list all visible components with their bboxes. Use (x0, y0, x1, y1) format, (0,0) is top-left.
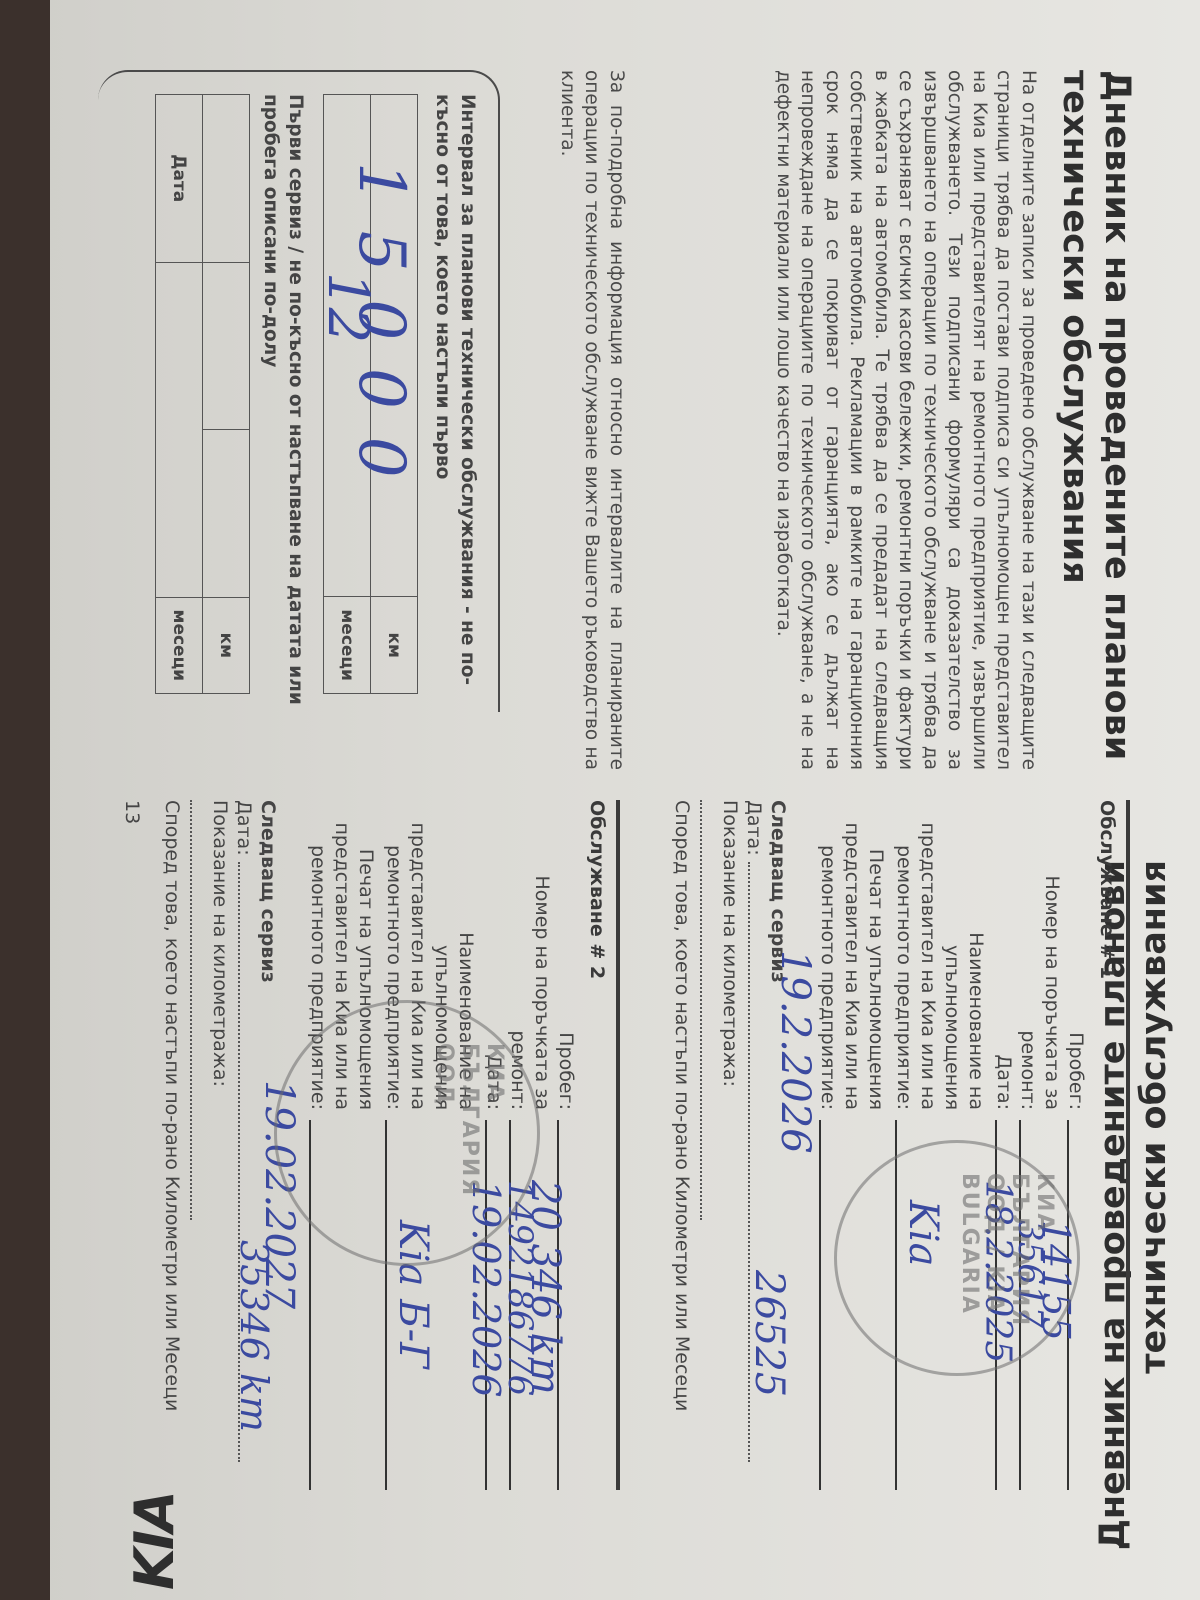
next-service-note: Според това, което настъпи по-рано Килом… (160, 800, 184, 1490)
table-background (0, 0, 50, 1600)
service-interval-box: Интервал за планови технически обслужван… (98, 70, 500, 712)
handwritten-next-km-2: 35346 km (232, 1240, 276, 1432)
first-service-months-cell[interactable] (203, 430, 250, 598)
title-line-1: Дневник на проведените планови (1096, 70, 1138, 790)
divider (616, 800, 620, 1490)
info-paragraph: За по-подробна информация относно интерв… (555, 70, 629, 770)
first-service-months-label: месеци (156, 597, 203, 693)
service-1-mileage-field[interactable]: Пробег: (1064, 800, 1088, 1490)
intro-paragraph: На отделните записи за проведено обслужв… (771, 70, 1041, 770)
dealer-stamp-2: КИА БЪЛГАРИЯ ООД (274, 1000, 540, 1266)
service-1-order-field[interactable]: Номер на поръчката за ремонт: (1016, 800, 1064, 1490)
title-line-2: технически обслужвания (1054, 70, 1096, 790)
handwritten-next-km-1: 26525 (746, 1270, 792, 1397)
page-number: 13 (120, 800, 144, 824)
next-service-km-field[interactable]: Показание на километража: (184, 800, 232, 1490)
handwritten-next-date-1: 19.2.2026 (772, 950, 818, 1154)
service-1-form: Обслужване # 1 Пробег: Номер на поръчкат… (670, 800, 1130, 1490)
page-title: Дневник на проведените планови техническ… (1054, 70, 1138, 790)
months-label: месеци (324, 597, 371, 694)
kia-logo: KIA (130, 1480, 180, 1590)
handwritten-interval-months: 12 (315, 272, 380, 343)
first-service-date-label: Дата (156, 95, 203, 263)
first-service-blank[interactable] (156, 262, 203, 597)
service-2-heading: Обслужване # 2 (586, 800, 608, 1490)
booklet-page-spread: Дневник на проведените планови техническ… (0, 0, 1200, 1600)
interval-heading: Интервал за планови технически обслужван… (430, 94, 480, 714)
divider (1126, 800, 1130, 1490)
service-1-stamp-field[interactable]: Печат на упълномощения представител на К… (816, 800, 888, 1110)
first-service-table: км Дата месеци (155, 94, 250, 694)
first-service-km-cell[interactable] (203, 262, 250, 430)
first-service-heading: Първи сервиз / не по-късно от настъпване… (258, 94, 308, 714)
dealer-stamp-1: КИА БЪЛГАРИЯ ООД / KIA BULGARIA (834, 1140, 1080, 1376)
first-service-km-label: км (203, 597, 250, 693)
header-line-2: технически обслужвания (1134, 860, 1174, 1374)
next-service-note: Според това, което настъпи по-рано Килом… (670, 800, 694, 1490)
next-service-km-field[interactable]: Показание на километража: (694, 800, 742, 1490)
first-service-date-cell[interactable] (203, 95, 250, 263)
service-1-heading: Обслужване # 1 (1096, 800, 1118, 1490)
km-label: км (371, 597, 418, 694)
service-1-name-field[interactable]: Наименование на упълномощения представит… (892, 800, 988, 1110)
